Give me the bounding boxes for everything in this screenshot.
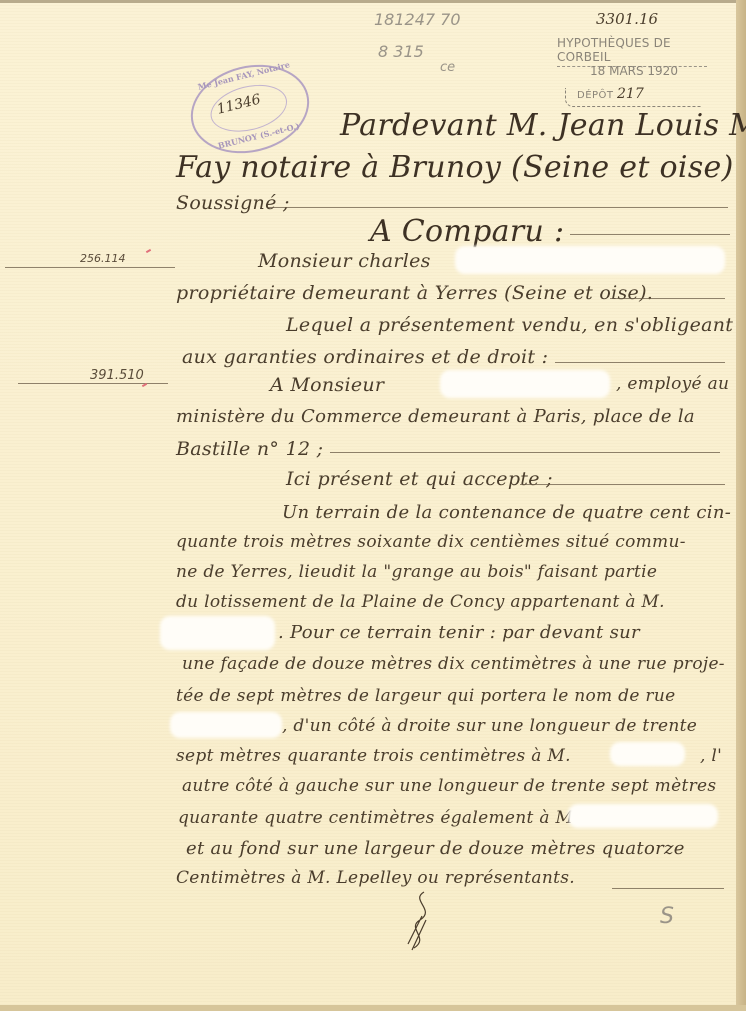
deed-line-tail: , l' bbox=[700, 746, 722, 766]
deed-line: aux garanties ordinaires et de droit : bbox=[182, 346, 548, 368]
deed-line: Ici présent et qui accepte ; bbox=[286, 468, 553, 490]
paper-edge-bottom bbox=[0, 1005, 746, 1011]
margin-note-2: 391.510 bbox=[90, 368, 144, 383]
paper-edge bbox=[736, 0, 746, 1011]
redaction bbox=[568, 804, 718, 828]
stamp-date: 18 MARS 1920 bbox=[590, 64, 678, 78]
redaction bbox=[610, 742, 685, 766]
deed-line: quante trois mètres soixante dix centièm… bbox=[176, 532, 686, 552]
deed-line: A Monsieur bbox=[270, 374, 384, 396]
deed-line: . Pour ce terrain tenir : par devant sur bbox=[278, 622, 640, 643]
line-filler bbox=[570, 234, 730, 235]
mortgage-office-stamp: HYPOTHÈQUES DE CORBEIL 18 MARS 1920 DÉPÔ… bbox=[555, 30, 705, 110]
deed-line: Lequel a présentement vendu, en s'oblige… bbox=[286, 314, 733, 336]
deed-line: autre côté à gauche sur une longueur de … bbox=[182, 776, 716, 796]
redaction bbox=[160, 616, 275, 650]
deed-line: Soussigné ; bbox=[176, 192, 290, 214]
redaction bbox=[440, 370, 610, 398]
deed-line: tée de sept mètres de largeur qui porter… bbox=[176, 686, 675, 706]
line-filler bbox=[268, 207, 728, 208]
line-filler bbox=[520, 484, 725, 485]
deed-line: Monsieur charles bbox=[258, 250, 431, 272]
deed-line: , d'un côté à droite sur une longueur de… bbox=[282, 716, 697, 736]
pencil-initial: ce bbox=[440, 60, 455, 75]
pencil-note-1: 181247 70 bbox=[374, 10, 461, 29]
deed-line: Centimètres à M. Lepelley ou représentan… bbox=[176, 868, 575, 888]
deed-line-tail: , employé au bbox=[616, 374, 729, 394]
reference-number: 3301.16 bbox=[596, 10, 658, 28]
stamp-office: HYPOTHÈQUES DE CORBEIL bbox=[557, 36, 707, 67]
pencil-initial-bottom: S bbox=[660, 904, 674, 929]
line-filler bbox=[555, 362, 725, 363]
line-filler bbox=[610, 298, 725, 299]
signature-paraph bbox=[400, 890, 440, 960]
deed-line: Pardevant M. Jean Louis Marie bbox=[340, 108, 746, 143]
line-filler bbox=[330, 452, 720, 453]
redaction bbox=[170, 712, 282, 738]
redaction bbox=[455, 246, 725, 274]
deed-line: ministère du Commerce demeurant à Paris,… bbox=[176, 406, 695, 427]
deed-line: une façade de douze mètres dix centimètr… bbox=[182, 654, 725, 674]
deed-line: Un terrain de la contenance de quatre ce… bbox=[282, 502, 731, 523]
margin-rule-1 bbox=[5, 267, 175, 268]
margin-note-1: 256.114 bbox=[80, 252, 126, 265]
deed-line: A Comparu : bbox=[370, 214, 564, 249]
deed-line: du lotissement de la Plaine de Concy app… bbox=[176, 592, 665, 612]
deed-line: propriétaire demeurant à Yerres (Seine e… bbox=[176, 282, 653, 304]
line-filler bbox=[612, 888, 724, 889]
depot-label: DÉPÔT bbox=[577, 90, 614, 101]
deed-line: quarante quatre centimètres également à … bbox=[178, 808, 579, 828]
deed-line: Fay notaire à Brunoy (Seine et oise) bbox=[176, 150, 734, 185]
depot-number: 217 bbox=[617, 86, 644, 102]
deed-line: sept mètres quarante trois centimètres à… bbox=[176, 746, 571, 766]
pencil-note-2: 8 315 bbox=[378, 42, 424, 61]
deed-line: ne de Yerres, lieudit la "grange au bois… bbox=[176, 562, 657, 582]
deed-line: et au fond sur une largeur de douze mètr… bbox=[186, 838, 685, 859]
deed-line: Bastille n° 12 ; bbox=[176, 438, 323, 460]
